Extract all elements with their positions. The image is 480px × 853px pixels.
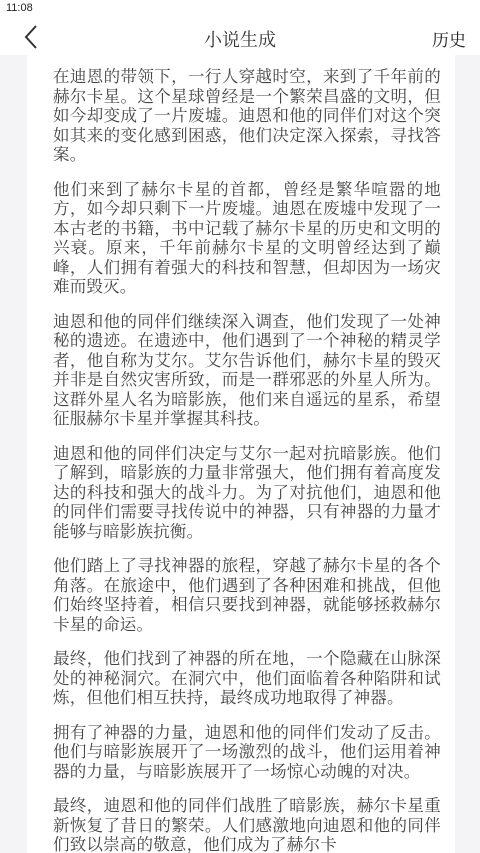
history-button[interactable]: 历史: [432, 26, 466, 51]
page-title: 小说生成: [0, 26, 480, 52]
story-paragraph: 最终，他们找到了神器的所在地，一个隐藏在山脉深处的神秘洞穴。在洞穴中，他们面临着…: [53, 649, 441, 708]
story-paragraph: 迪恩和他的同伴们继续深入调查，他们发现了一处神秘的遗迹。在遗迹中，他们遇到了一个…: [53, 312, 441, 429]
content-area: 在迪恩的带领下，一行人穿越时空，来到了千年前的赫尔卡星。这个星球曾经是一个繁荣昌…: [0, 55, 480, 853]
story-paragraph: 拥有了神器的力量，迪恩和他的同伴们发动了反击。他们与暗影族展开了一场激烈的战斗，…: [53, 723, 441, 782]
story-text: 在迪恩的带领下，一行人穿越时空，来到了千年前的赫尔卡星。这个星球曾经是一个繁荣昌…: [27, 55, 455, 853]
back-button[interactable]: [14, 20, 48, 54]
status-bar: 11:08: [0, 0, 480, 18]
chevron-left-icon: [23, 24, 39, 50]
story-paragraph: 他们来到了赫尔卡星的首都，曾经是繁华喧嚣的地方，如今却只剩下一片废墟。迪恩在废墟…: [53, 180, 441, 297]
story-paragraph: 最终，迪恩和他的同伴们战胜了暗影族，赫尔卡星重新恢复了昔日的繁荣。人们感激地向迪…: [53, 796, 441, 853]
story-paragraph: 他们踏上了寻找神器的旅程，穿越了赫尔卡星的各个角落。在旅途中，他们遇到了各种困难…: [53, 556, 441, 634]
story-paragraph: 在迪恩的带领下，一行人穿越时空，来到了千年前的赫尔卡星。这个星球曾经是一个繁荣昌…: [53, 67, 441, 165]
story-card[interactable]: 在迪恩的带领下，一行人穿越时空，来到了千年前的赫尔卡星。这个星球曾经是一个繁荣昌…: [27, 55, 455, 853]
nav-bar: 小说生成 历史: [0, 18, 480, 55]
story-paragraph: 迪恩和他的同伴们决定与艾尔一起对抗暗影族。他们了解到，暗影族的力量非常强大，他们…: [53, 444, 441, 542]
status-time: 11:08: [6, 2, 33, 14]
